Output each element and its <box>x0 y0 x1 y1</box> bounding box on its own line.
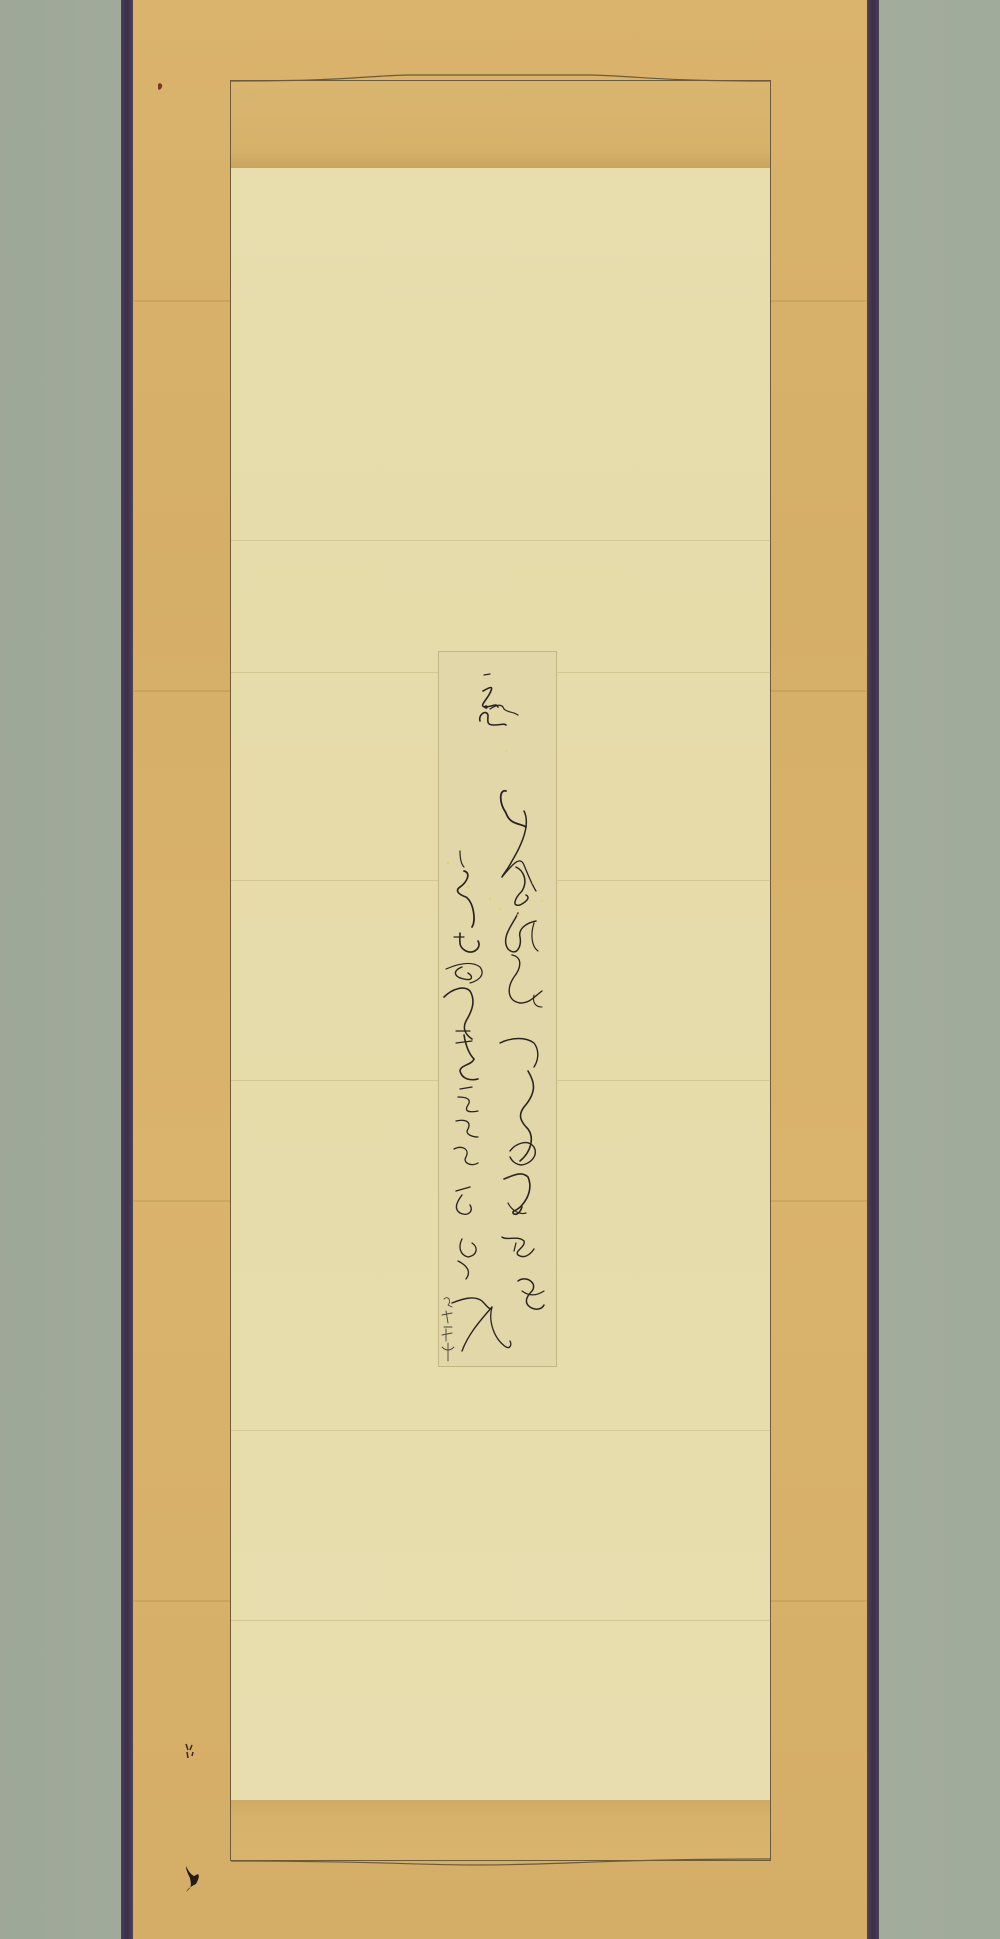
bottom-frame-curve <box>230 1855 772 1869</box>
stain-spot <box>178 1740 202 1764</box>
calligraphy-ink <box>438 651 557 1367</box>
paper-fold-line <box>231 1430 771 1431</box>
stain-spot <box>154 80 168 94</box>
paper-fold-line <box>231 540 771 541</box>
paper-fold-line <box>231 1620 771 1621</box>
stain-spot <box>176 1860 216 1900</box>
scroll-silk-edge-right <box>866 0 879 1939</box>
top-frame-curve <box>230 74 772 88</box>
